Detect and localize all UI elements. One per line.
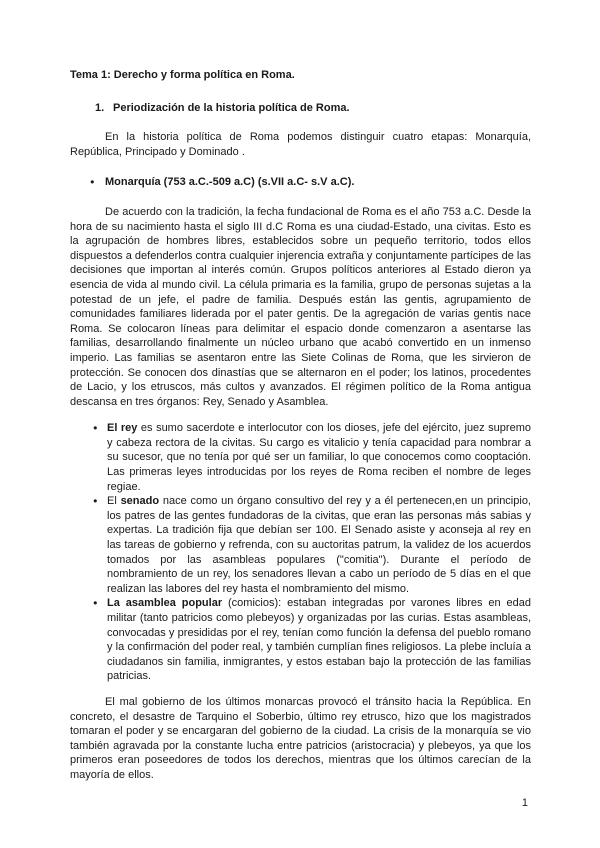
- organ-lead: El rey: [107, 422, 137, 434]
- organ-lead: senado: [121, 495, 160, 507]
- page-number: 1: [522, 796, 528, 811]
- organ-text: es sumo sacerdote e interlocutor con los…: [107, 422, 531, 492]
- organ-text: (comicios): estaban integradas por varon…: [107, 597, 531, 682]
- organ-lead: La asamblea popular: [107, 597, 222, 609]
- organ-text: nace como un órgano consultivo del rey y…: [107, 495, 531, 595]
- closing-paragraph: El mal gobierno de los últimos monarcas …: [70, 695, 531, 783]
- list-item-asamblea: La asamblea popular (comicios): estaban …: [70, 596, 531, 684]
- document-page: Tema 1: Derecho y forma política en Roma…: [0, 0, 600, 848]
- bullet-icon: [90, 175, 95, 190]
- period-list: Monarquía (753 a.C.-509 a.C) (s.VII a.C-…: [70, 175, 531, 190]
- list-item-senado: El senado nace como un órgano consultivo…: [70, 494, 531, 596]
- doc-title: Tema 1: Derecho y forma política en Roma…: [70, 68, 531, 83]
- list-item-monarchy: Monarquía (753 a.C.-509 a.C) (s.VII a.C-…: [70, 175, 531, 190]
- bullet-icon: [93, 494, 98, 509]
- monarchy-paragraph: De acuerdo con la tradición, la fecha fu…: [70, 205, 531, 409]
- section-title: Periodización de la historia política de…: [113, 101, 350, 116]
- bullet-icon: [93, 421, 98, 436]
- intro-paragraph: En la historia política de Roma podemos …: [70, 130, 531, 159]
- organ-pre: El: [107, 495, 121, 507]
- organs-list: El rey es sumo sacerdote e interlocutor …: [70, 421, 531, 684]
- list-item-rey: El rey es sumo sacerdote e interlocutor …: [70, 421, 531, 494]
- section-number: 1.: [95, 101, 113, 116]
- monarchy-heading: Monarquía (753 a.C.-509 a.C) (s.VII a.C-…: [105, 176, 354, 188]
- bullet-icon: [93, 596, 98, 611]
- section-heading: 1. Periodización de la historia política…: [70, 101, 531, 116]
